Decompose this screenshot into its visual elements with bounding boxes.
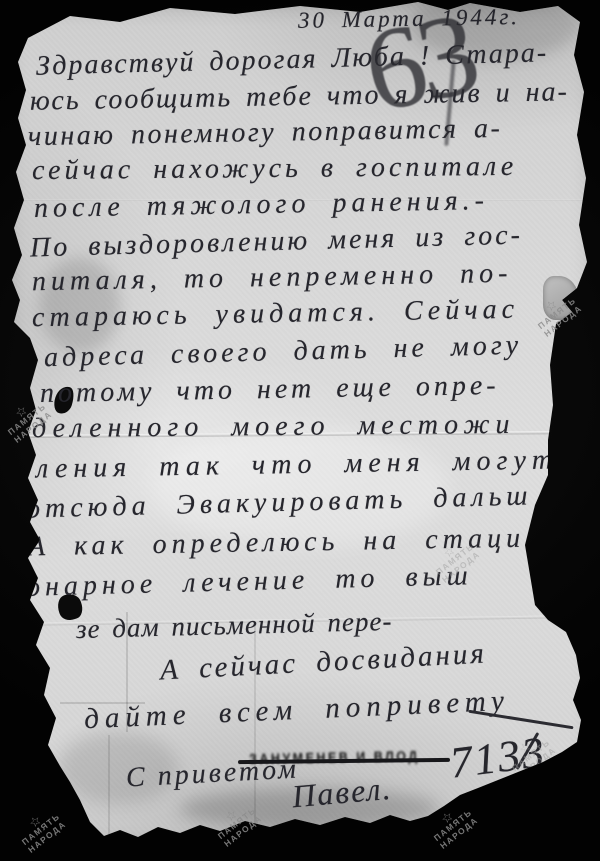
letter-line: ления так что меня могут xyxy=(36,444,559,485)
letter-line: А сейчас досвидания xyxy=(159,637,487,687)
letter-line: деленного моего местожи xyxy=(32,409,516,445)
letter-line: после тяжолого ранения.- xyxy=(34,185,490,225)
letter-line: зе дам письменной пере- xyxy=(76,606,393,645)
fold-crease-vertical xyxy=(108,735,110,835)
letter-line: юсь сообщить тебе что я жив и на- xyxy=(30,76,569,117)
letter-line: потому что нет еще опре- xyxy=(40,370,500,410)
letter-signature: Павел. xyxy=(291,770,394,816)
letter-line: дайте всем попривету xyxy=(83,685,510,737)
letter-line: адреса своего дать не могу xyxy=(44,330,523,375)
letter-scan: 30 Марта 1944г. Здравствуй дорогая Люба … xyxy=(0,0,600,861)
letter-line: По выздоровлению меня из гос- xyxy=(30,220,524,265)
letter-line: онарное лечение то выш xyxy=(26,560,473,604)
letter-paper: 30 Марта 1944г. Здравствуй дорогая Люба … xyxy=(0,0,600,861)
letter-line: отсюда Эвакуировать дальш xyxy=(26,480,533,525)
pamyat-naroda-watermark: ☆ ПАМЯТЬ НАРОДА xyxy=(14,803,69,855)
letter-line: сейчас нахожусь в госпитале xyxy=(32,151,518,187)
letter-line: питаля, то непременно по- xyxy=(32,258,513,298)
pencil-page-number: 63 xyxy=(355,0,483,132)
letter-line: стараюсь увидатся. Сейчас xyxy=(32,294,520,334)
